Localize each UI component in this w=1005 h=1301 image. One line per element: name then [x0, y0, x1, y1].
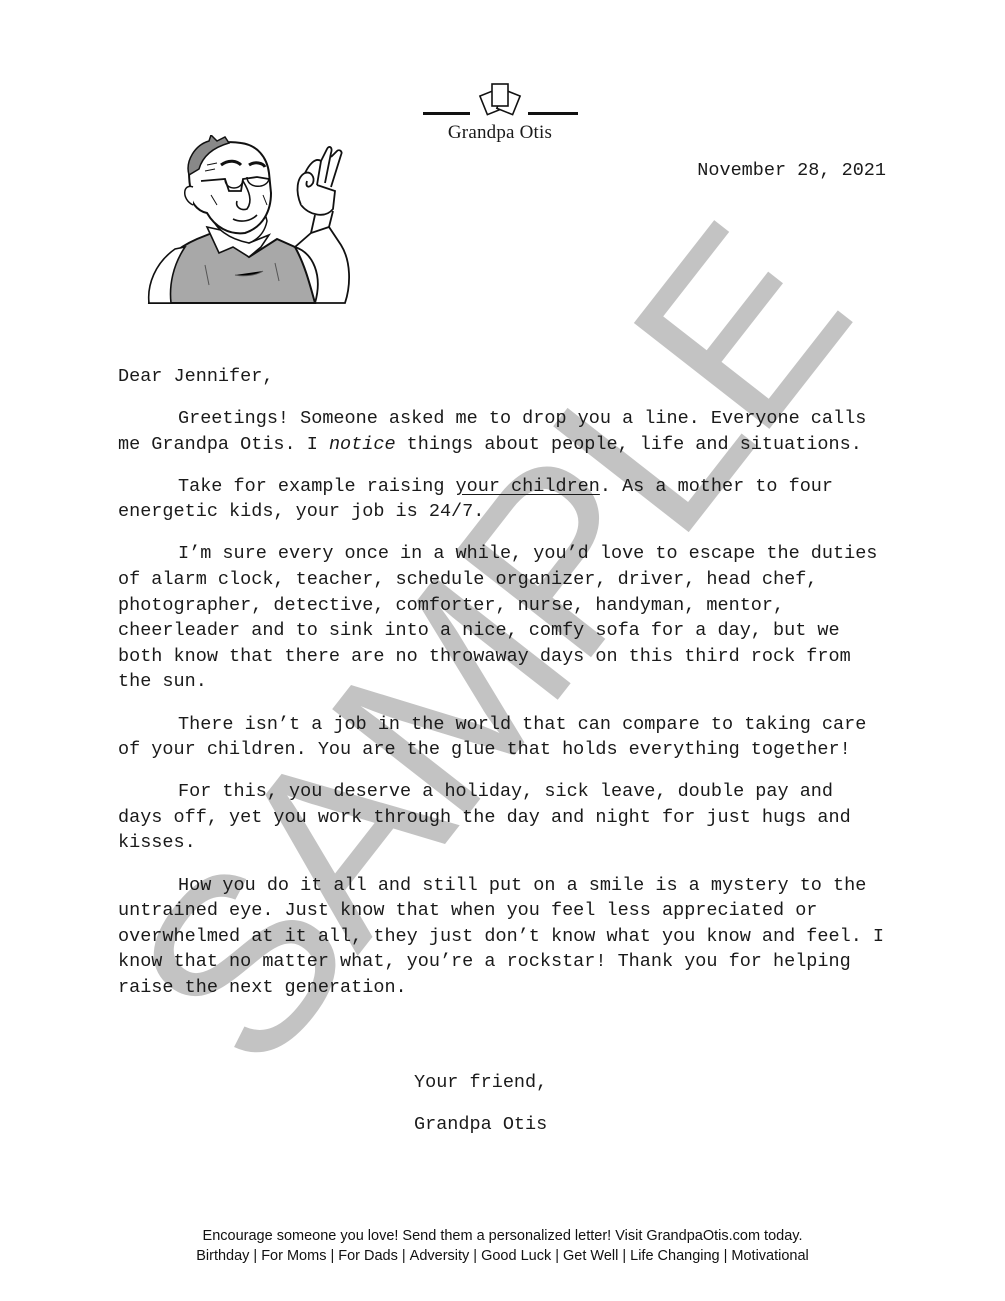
letter-paragraph: Take for example raising your children. … — [118, 474, 888, 525]
underlined-text: your children — [456, 476, 600, 497]
paragraph-text: There isn’t a job in the world that can … — [118, 714, 866, 761]
footer-link-adversity[interactable]: Adversity — [410, 1248, 470, 1264]
letter-paragraphs: Greetings! Someone asked me to drop you … — [118, 406, 888, 1000]
brand-name: Grandpa Otis — [420, 122, 580, 144]
paragraph-text: things about people, life and situations… — [396, 434, 862, 455]
footer-link-good-luck[interactable]: Good Luck — [481, 1248, 551, 1264]
letter-paragraph: There isn’t a job in the world that can … — [118, 712, 888, 763]
letter-paragraph: Greetings! Someone asked me to drop you … — [118, 406, 888, 457]
signature: Grandpa Otis — [414, 1112, 547, 1138]
letter-date: November 28, 2021 — [697, 160, 886, 181]
footer-link-life-changing[interactable]: Life Changing — [630, 1248, 720, 1264]
salutation: Dear Jennifer, — [118, 364, 888, 390]
link-separator: | — [398, 1248, 410, 1264]
letter-closing: Your friend, Grandpa Otis — [414, 1070, 547, 1154]
letter-paragraph: How you do it all and still put on a smi… — [118, 873, 888, 1001]
closing-phrase: Your friend, — [414, 1070, 547, 1096]
footer: Encourage someone you love! Send them a … — [0, 1226, 1005, 1266]
footer-tagline: Encourage someone you love! Send them a … — [0, 1226, 1005, 1246]
link-separator: | — [720, 1248, 732, 1264]
letter-paragraph: For this, you deserve a holiday, sick le… — [118, 779, 888, 856]
paragraph-text: I’m sure every once in a while, you’d lo… — [118, 543, 877, 692]
footer-category-links: Birthday|For Moms|For Dads|Adversity|Goo… — [0, 1246, 1005, 1266]
footer-link-get-well[interactable]: Get Well — [563, 1248, 618, 1264]
letter-body: Dear Jennifer, Greetings! Someone asked … — [118, 364, 888, 1017]
letter-page: Grandpa Otis — [0, 0, 1005, 1301]
link-separator: | — [326, 1248, 338, 1264]
footer-link-for-moms[interactable]: For Moms — [261, 1248, 326, 1264]
footer-link-for-dads[interactable]: For Dads — [338, 1248, 398, 1264]
paragraph-text: How you do it all and still put on a smi… — [118, 875, 884, 998]
grandpa-illustration — [145, 135, 360, 305]
cards-icon — [420, 80, 580, 120]
paragraph-text: For this, you deserve a holiday, sick le… — [118, 781, 851, 853]
brand-logo: Grandpa Otis — [420, 80, 580, 150]
link-separator: | — [469, 1248, 481, 1264]
paragraph-text: Take for example raising — [178, 476, 456, 497]
emphasis-text: notice — [329, 434, 396, 455]
link-separator: | — [249, 1248, 261, 1264]
footer-link-birthday[interactable]: Birthday — [196, 1248, 249, 1264]
link-separator: | — [618, 1248, 630, 1264]
footer-link-motivational[interactable]: Motivational — [731, 1248, 808, 1264]
link-separator: | — [551, 1248, 563, 1264]
letter-paragraph: I’m sure every once in a while, you’d lo… — [118, 541, 888, 695]
